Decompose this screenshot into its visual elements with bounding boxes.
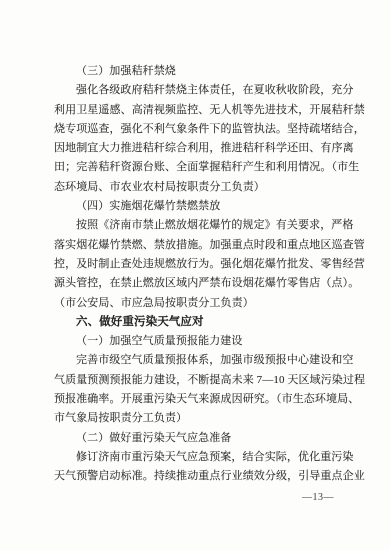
text-line: 预报准确率。开展重污染天气来源成因研究。（市生态环境局、	[54, 390, 368, 409]
text-line: 气质量预测预报能力建设，不断提高未来 7—10 天区域污染过程	[54, 371, 368, 390]
text-line: 源头管控，在禁止燃放区域内严禁布设烟花爆竹零售店（点）。	[54, 274, 368, 293]
text-line: 田；完善秸秆资源台账、全面掌握秸秆产生和利用情况。（市生	[54, 158, 368, 177]
text-line: 烧专项巡查，强化不利气象条件下的监管执法。坚持疏堵结合，	[54, 120, 368, 139]
subsection-heading: （四）实施烟花爆竹禁燃禁放	[54, 197, 368, 216]
text-line: 态环境局、市农业农村局按职责分工负责）	[54, 178, 368, 197]
text-line: 按照《济南市禁止燃放烟花爆竹的规定》有关要求，严格	[54, 216, 368, 235]
section-heading: 六、做好重污染天气应对	[54, 313, 368, 332]
text-line: 强化各级政府秸秆禁烧主体责任，在夏收秋收阶段，充分	[54, 81, 368, 100]
text-line: 控，及时制止查处违规燃放行为。强化烟花爆竹批发、零售经营	[54, 255, 368, 274]
page-number: —13—	[0, 492, 334, 503]
subsection-heading: （一）加强空气质量预报能力建设	[54, 332, 368, 351]
document-page: （三）加强秸秆禁烧 强化各级政府秸秆禁烧主体责任，在夏收秋收阶段，充分 利用卫星…	[0, 0, 390, 551]
text-line: 天气预警启动标准。持续推动重点行业绩效分级，引导重点企业	[54, 467, 368, 486]
text-line: 因地制宜大力推进秸秆综合利用，推进秸秆科学还田、有序离	[54, 139, 368, 158]
text-line: 市气象局按职责分工负责）	[54, 409, 368, 428]
subsection-heading: （三）加强秸秆禁烧	[54, 62, 368, 81]
text-line: 利用卫星遥感、高清视频监控、无人机等先进技术，开展秸秆禁	[54, 101, 368, 120]
text-line: （市公安局、市应急局按职责分工负责）	[54, 294, 368, 313]
text-line: 完善市级空气质量预报体系，加强市级预报中心建设和空	[54, 351, 368, 370]
subsection-heading: （二）做好重污染天气应急准备	[54, 429, 368, 448]
text-block: （三）加强秸秆禁烧 强化各级政府秸秆禁烧主体责任，在夏收秋收阶段，充分 利用卫星…	[54, 62, 368, 487]
text-line: 修订济南市重污染天气应急预案，结合实际，优化重污染	[54, 448, 368, 467]
text-line: 落实烟花爆竹禁燃、禁放措施。加强重点时段和重点地区巡查管	[54, 236, 368, 255]
